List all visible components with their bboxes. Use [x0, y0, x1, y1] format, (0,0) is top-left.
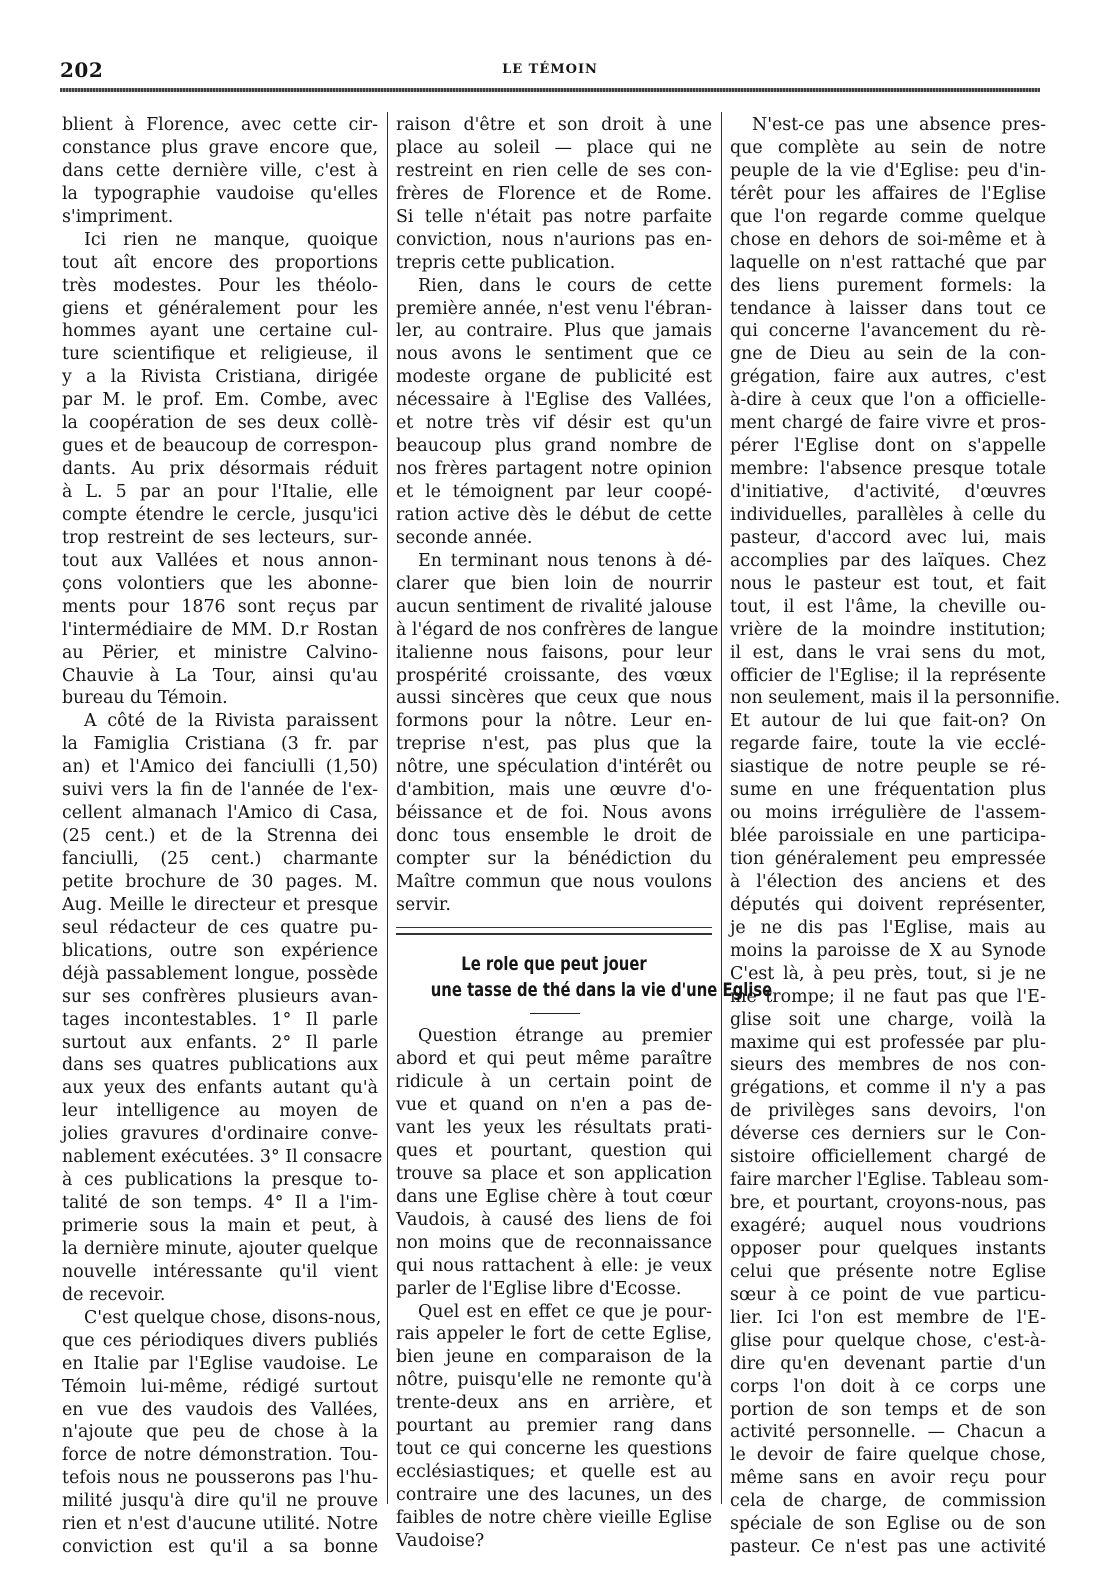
text-line: de recevoir. [62, 1284, 378, 1307]
text-line: activité personnelle. — Chacun a [730, 1421, 1046, 1444]
text-line: nôtre, puisqu'elle ne remonte qu'à [396, 1369, 712, 1392]
text-line: pérer l'Eglise dont on s'appelle [730, 435, 1046, 458]
text-line: aussi sincères que ceux que nous [396, 687, 712, 710]
page-header: 202 LE TÉMOIN [60, 58, 1040, 86]
text-line: ments pour 1876 sont reçus par [62, 596, 378, 619]
text-line: pasteur, d'accord avec lui, mais [730, 527, 1046, 550]
title-dash [530, 1013, 580, 1014]
text-line: modeste organe de publicité est [396, 366, 712, 389]
text-line: çons volontiers que les abonne- [62, 573, 378, 596]
article-title-line-2: une tasse de thé dans la vie d'une Eglis… [431, 977, 677, 1003]
text-line: glise soit une charge, voilà la [730, 1009, 1046, 1032]
text-line: Aug. Meille le directeur et presque [62, 894, 378, 917]
column-2-bottom: Question étrange au premierabord et qui … [396, 1025, 712, 1553]
text-line: ridicule à un certain point de [396, 1071, 712, 1094]
article-title: Le role que peut jouer une tasse de thé … [431, 951, 677, 1003]
text-line: y a la Rivista Cristiana, dirigée [62, 366, 378, 389]
text-line: aucun sentiment de rivalité jalouse [396, 596, 712, 619]
text-line: suivi vers la fin de l'année de l'ex- [62, 779, 378, 802]
text-line: primerie sous la main et peut, à [62, 1215, 378, 1238]
text-line: pasteur. Ce n'est pas une activité [730, 1536, 1046, 1559]
text-line: spéciale de son Eglise ou de son [730, 1513, 1046, 1536]
text-line: glise pour quelque chose, c'est-à- [730, 1330, 1046, 1353]
text-line: nous le pasteur est tout, et fait [730, 573, 1046, 596]
text-line: faire marcher l'Eglise. Tableau som- [730, 1169, 1046, 1192]
text-line: non seulement, mais il la personnifie. [730, 687, 1046, 710]
text-line: nécessaire à l'Eglise des Vallées, [396, 389, 712, 412]
text-line: formons pour la nôtre. Leur en- [396, 710, 712, 733]
text-line: C'est quelque chose, disons-nous, [62, 1307, 378, 1330]
text-line: corps l'on doit à ce corps une [730, 1376, 1046, 1399]
text-line: siastique de notre peuple se ré- [730, 756, 1046, 779]
text-line: ques et pourtant, question qui [396, 1140, 712, 1163]
text-line: conviction, nous n'aurions pas en- [396, 229, 712, 252]
text-line: clarer que bien loin de nourrir [396, 573, 712, 596]
text-line: députés qui doivent représenter, [730, 894, 1046, 917]
text-line: que ces périodiques divers publiés [62, 1330, 378, 1353]
text-line: seconde année. [396, 527, 712, 550]
text-line: italienne nous faisons, pour leur [396, 642, 712, 665]
text-line: Maître commun que nous voulons [396, 871, 712, 894]
text-line: d'ambition, mais une œuvre d'o- [396, 779, 712, 802]
text-line: s'impriment. [62, 206, 378, 229]
text-line: dire qu'en devenant partie d'un [730, 1353, 1046, 1376]
text-line: n'ajoute que peu de chose à la [62, 1421, 378, 1444]
text-line: individuelles, parallèles à celle du [730, 504, 1046, 527]
text-line: ecclésiastiques; et quelle est au [396, 1461, 712, 1484]
text-line: bre, et pourtant, croyons-nous, pas [730, 1192, 1046, 1215]
text-line: en vue des vaudois des Vallées, [62, 1399, 378, 1422]
text-line: la typographie vaudoise qu'elles [62, 183, 378, 206]
text-line: portion de son temps et de son [730, 1399, 1046, 1422]
text-line: à L. 5 par an pour l'Italie, elle [62, 481, 378, 504]
text-line: ment chargé de faire vivre et pros- [730, 412, 1046, 435]
text-line: par M. le prof. Em. Combe, avec [62, 389, 378, 412]
text-line: la coopération de ses deux collè- [62, 412, 378, 435]
text-line: d'initiative, d'activité, d'œuvres [730, 481, 1046, 504]
text-line: prospérité croissante, des vœux [396, 665, 712, 688]
text-line: tout aux Vallées et nous annon- [62, 550, 378, 573]
text-line: an) et l'Amico dei fanciulli (1,50) [62, 756, 378, 779]
text-line: talité de son temps. 4° Il a l'im- [62, 1192, 378, 1215]
column-3: N'est-ce pas une absence pres-que complè… [730, 114, 1046, 1559]
text-line: déjà passablement longue, possède [62, 963, 378, 986]
text-line: parler de l'Eglise libre d'Ecosse. [396, 1278, 712, 1301]
text-line: En terminant nous tenons à dé- [396, 550, 712, 573]
text-line: moins la paroisse de X au Synode [730, 940, 1046, 963]
text-line: giens et généralement pour les [62, 298, 378, 321]
text-line: ration active dès le début de cette [396, 504, 712, 527]
text-line: qui concerne l'avancement du rè- [730, 320, 1046, 343]
text-line: la Famiglia Cristiana (3 fr. par [62, 733, 378, 756]
text-line: vue et quand on n'en a pas de- [396, 1094, 712, 1117]
text-line: dans une Eglise chère à tout cœur [396, 1186, 712, 1209]
text-line: même sans en avoir reçu pour [730, 1467, 1046, 1490]
text-line: C'est là, à peu près, tout, si je ne [730, 963, 1046, 986]
text-line: trop restreint de ses lecteurs, sur- [62, 527, 378, 550]
text-line: tion généralement peu empressée [730, 848, 1046, 871]
text-line: contraire une des lacunes, un des [396, 1484, 712, 1507]
text-line: tages incontestables. 1° Il parle [62, 1009, 378, 1032]
text-line: gne de Dieu au sein de la con- [730, 343, 1046, 366]
text-line: (25 cent.) et de la Strenna dei [62, 825, 378, 848]
text-line: donc tous ensemble le droit de [396, 825, 712, 848]
text-line: nous avons le sentiment que ce [396, 343, 712, 366]
text-line: trepris cette publication. [396, 252, 712, 275]
text-line: milité jusqu'à dire qu'il ne prouve [62, 1490, 378, 1513]
text-line: vant les yeux les résultats prati- [396, 1117, 712, 1140]
text-line: N'est-ce pas une absence pres- [730, 114, 1046, 137]
text-line: en Italie par l'Eglise vaudoise. Le [62, 1353, 378, 1376]
text-line: A côté de la Rivista paraissent [62, 710, 378, 733]
text-line: trouve sa place et son application [396, 1163, 712, 1186]
text-line: tendance à laisser dans tout ce [730, 298, 1046, 321]
text-line: térêt pour les affaires de l'Eglise [730, 183, 1046, 206]
text-line: à-dire à ceux que l'on a officielle- [730, 389, 1046, 412]
text-line: sœur à ce point de vue particu- [730, 1284, 1046, 1307]
text-line: me trompe; il ne faut pas que l'E- [730, 986, 1046, 1009]
text-line: servir. [396, 894, 712, 917]
text-line: frères de Florence et de Rome. [396, 183, 712, 206]
text-line: grégations, et comme il n'y a pas [730, 1077, 1046, 1100]
text-line: grégation, faire aux autres, c'est [730, 366, 1046, 389]
section-divider [396, 927, 712, 935]
text-line: à ces publications la presque to- [62, 1169, 378, 1192]
text-line: jolies gravures d'ordinaire conve- [62, 1123, 378, 1146]
text-line: blications, outre son expérience [62, 940, 378, 963]
text-line: force de notre démonstration. Tou- [62, 1444, 378, 1467]
text-line: la dernière minute, ajouter quelque [62, 1238, 378, 1261]
text-line: abord et qui peut même paraître [396, 1048, 712, 1071]
text-line: tout ce qui concerne les questions [396, 1438, 712, 1461]
text-line: que l'on regarde comme quelque [730, 206, 1046, 229]
text-line: Chauvie à La Tour, ainsi qu'au [62, 665, 378, 688]
text-line: laquelle on n'est rattaché que par [730, 252, 1046, 275]
text-line: treprise n'est, pas plus que la [396, 733, 712, 756]
text-line: compter sur la bénédiction du [396, 848, 712, 871]
text-line: de privilèges sans devoirs, l'on [730, 1100, 1046, 1123]
text-line: rien et n'est d'aucune utilité. Notre [62, 1513, 378, 1536]
text-line: surtout aux enfants. 2° Il parle [62, 1032, 378, 1055]
header-rule [60, 88, 1040, 92]
text-line: vrière de la moindre institution; [730, 619, 1046, 642]
text-line: sieurs des membres de nos con- [730, 1054, 1046, 1077]
text-line: ou moins irrégulière de l'assem- [730, 802, 1046, 825]
text-line: à l'élection des anciens et des [730, 871, 1046, 894]
text-line: trente-deux ans en arrière, et [396, 1392, 712, 1415]
text-line: et notre très vif désir est qu'un [396, 412, 712, 435]
text-line: tout aît encore des proportions [62, 252, 378, 275]
text-line: restreint en rien celle de ses con- [396, 160, 712, 183]
text-line: cellent almanach l'Amico di Casa, [62, 802, 378, 825]
text-line: très modestes. Pour les théolo- [62, 275, 378, 298]
text-line: Quel est en effet ce que je pour- [396, 1301, 712, 1324]
text-line: tout, il est l'âme, la cheville ou- [730, 596, 1046, 619]
text-line: nouvelle intéressante qu'il vient [62, 1261, 378, 1284]
text-line: des liens purement formels: la [730, 275, 1046, 298]
text-line: faibles de notre chère vieille Eglise [396, 1507, 712, 1530]
text-line: pourtant au premier rang dans [396, 1415, 712, 1438]
text-line: hommes ayant une certaine cul- [62, 320, 378, 343]
text-line: place au soleil — place qui ne [396, 137, 712, 160]
text-line: et le témoignent par leur coopé- [396, 481, 712, 504]
text-line: dants. Au prix désormais réduit [62, 458, 378, 481]
text-line: compte étendre le cercle, jusqu'ici [62, 504, 378, 527]
text-line: l'intermédiaire de MM. D.r Rostan [62, 619, 378, 642]
text-line: Vaudois, à causé des liens de foi [396, 1209, 712, 1232]
text-line: blient à Florence, avec cette cir- [62, 114, 378, 137]
text-line: nablement exécutées. 3° Il consacre [62, 1146, 378, 1169]
text-line: celui que présente notre Eglise [730, 1261, 1046, 1284]
text-line: à l'égard de nos confrères de langue [396, 619, 712, 642]
text-line: bureau du Témoin. [62, 687, 378, 710]
text-line: seul rédacteur de ces quatre pu- [62, 917, 378, 940]
text-line: je ne dis pas l'Eglise, mais au [730, 917, 1046, 940]
text-line: sistoire officiellement chargé de [730, 1146, 1046, 1169]
text-line: chose en dehors de soi-même et à [730, 229, 1046, 252]
text-line: Témoin lui-même, rédigé surtout [62, 1376, 378, 1399]
text-line: constance plus grave encore que, [62, 137, 378, 160]
text-line: regarde faire, toute la vie ecclé- [730, 733, 1046, 756]
text-line: peuple de la vie d'Eglise: peu d'in- [730, 160, 1046, 183]
text-line: ture scientifique et religieuse, il [62, 343, 378, 366]
text-line: officier de l'Eglise; il la représente [730, 665, 1046, 688]
text-line: beaucoup plus grand nombre de [396, 435, 712, 458]
text-line: nos frères partagent notre opinion [396, 458, 712, 481]
text-line: lier. Ici l'on est membre de l'E- [730, 1307, 1046, 1330]
text-line: Si telle n'était pas notre parfaite [396, 206, 712, 229]
column-divider [387, 112, 388, 1504]
text-line: que complète au sein de notre [730, 137, 1046, 160]
text-line: aux yeux des enfants autant qu'à [62, 1077, 378, 1100]
text-line: première année, n'est venu l'ébran- [396, 298, 712, 321]
text-line: petite brochure de 30 pages. M. [62, 871, 378, 894]
text-line: Question étrange au premier [396, 1025, 712, 1048]
text-line: le devoir de faire quelque chose, [730, 1444, 1046, 1467]
text-line: membre: l'absence presque totale [730, 458, 1046, 481]
text-line: gues et de beaucoup de correspon- [62, 435, 378, 458]
text-line: opposer pour quelques instants [730, 1238, 1046, 1261]
text-line: nôtre, une spéculation d'intérêt ou [396, 756, 712, 779]
text-line: cela de charge, de commission [730, 1490, 1046, 1513]
text-line: qui nous rattachent à elle: je veux [396, 1255, 712, 1278]
text-line: exagéré; auquel nous voudrions [730, 1215, 1046, 1238]
text-line: tefois nous ne pousserons pas l'hu- [62, 1467, 378, 1490]
text-line: dans ses quatres publications aux [62, 1054, 378, 1077]
text-line: sume en une fréquentation plus [730, 779, 1046, 802]
text-line: fanciulli, (25 cent.) charmante [62, 848, 378, 871]
text-line: non moins que de reconnaissance [396, 1232, 712, 1255]
text-line: sur ses confrères plusieurs avan- [62, 986, 378, 1009]
text-line: Et autour de lui que fait-on? On [730, 710, 1046, 733]
journal-title: LE TÉMOIN [60, 62, 1040, 77]
text-line: Ici rien ne manque, quoique [62, 229, 378, 252]
column-divider [721, 112, 722, 1504]
text-line: béissance et de foi. Nous avons [396, 802, 712, 825]
text-line: conviction est qu'il a sa bonne [62, 1536, 378, 1559]
text-line: blée paroissiale en une participa- [730, 825, 1046, 848]
text-line: ler, au contraire. Plus que jamais [396, 320, 712, 343]
text-line: maxime qui est professée par plu- [730, 1032, 1046, 1055]
text-line: déverse ces derniers sur le Con- [730, 1123, 1046, 1146]
text-line: raison d'être et son droit à une [396, 114, 712, 137]
text-line: au Përier, et ministre Calvino- [62, 642, 378, 665]
column-2-top: raison d'être et son droit à uneplace au… [396, 114, 712, 917]
column-1: blient à Florence, avec cette cir-consta… [62, 114, 378, 1559]
text-line: il est, dans le vrai sens du mot, [730, 642, 1046, 665]
text-line: bien jeune en comparaison de la [396, 1346, 712, 1369]
text-line: leur intelligence au moyen de [62, 1100, 378, 1123]
text-line: rais appeler le fort de cette Eglise, [396, 1323, 712, 1346]
text-line: Vaudoise? [396, 1530, 712, 1553]
text-line: dans cette dernière ville, c'est à [62, 160, 378, 183]
text-line: accomplies par des laïques. Chez [730, 550, 1046, 573]
article-title-line-1: Le role que peut jouer [431, 951, 677, 977]
text-line: Rien, dans le cours de cette [396, 275, 712, 298]
